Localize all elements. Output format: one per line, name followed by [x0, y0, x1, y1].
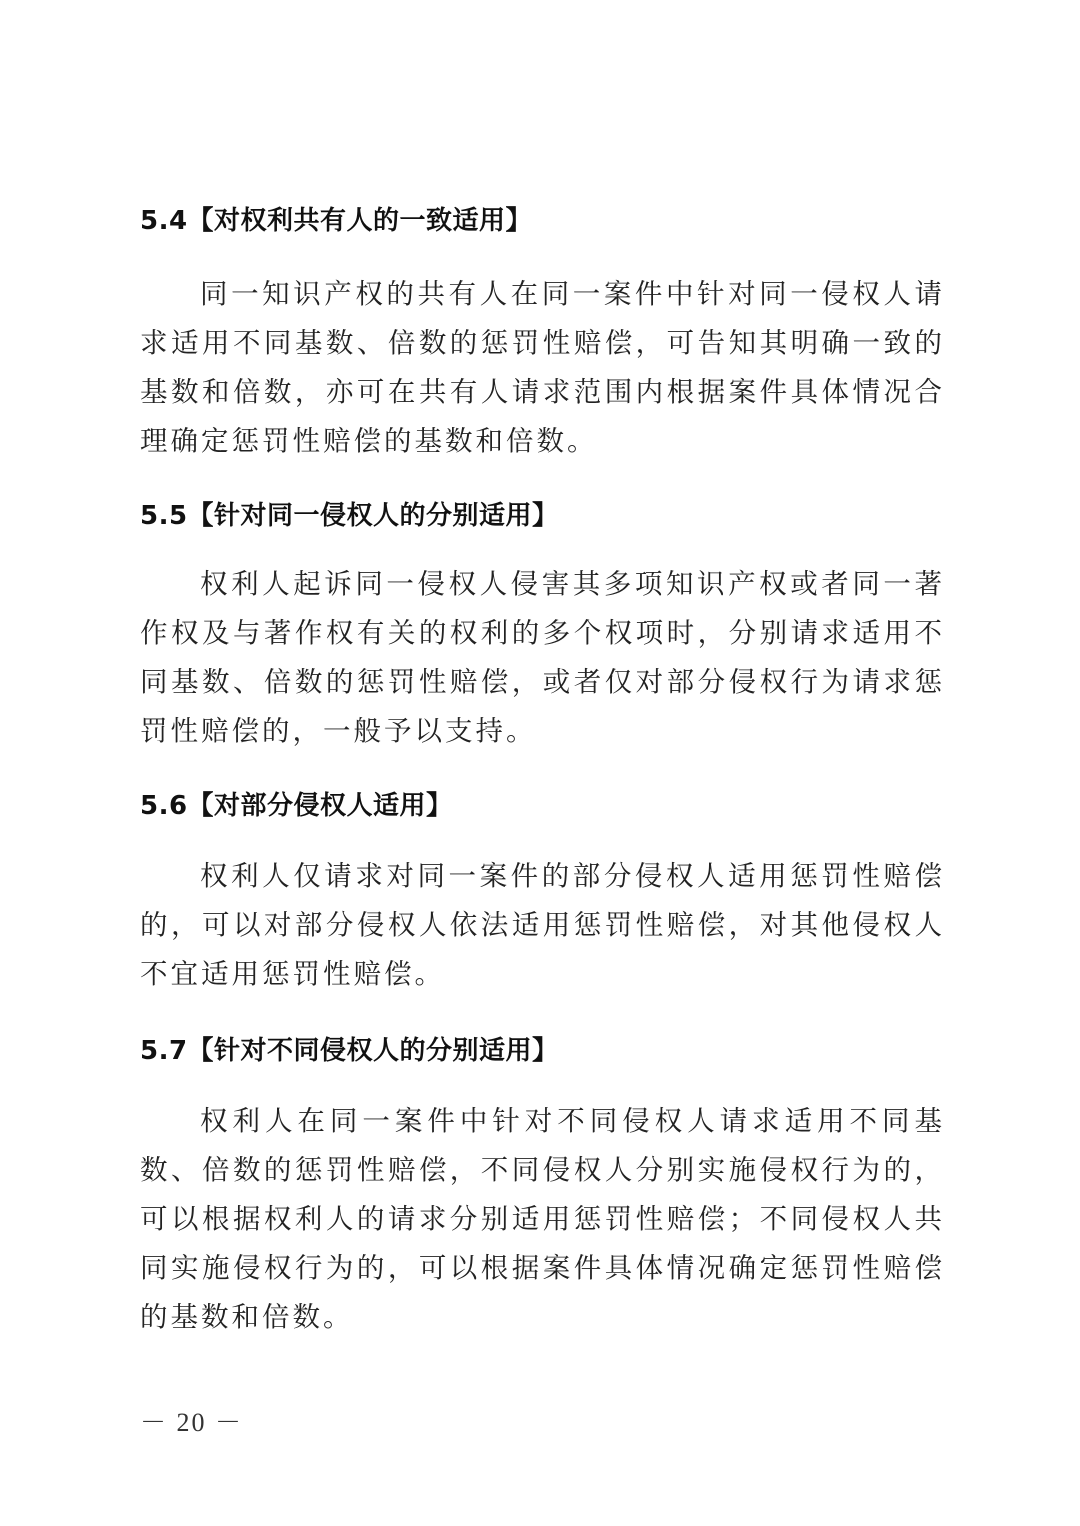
section-body-5-5: 权利人起诉同一侵权人侵害其多项知识产权或者同一著作权及与著作权有关的权利的多个权…	[140, 560, 945, 756]
section-heading-5-7: 5.7【针对不同侵权人的分别适用】	[140, 1030, 559, 1067]
section-heading-5-4: 5.4【对权利共有人的一致适用】	[140, 200, 532, 237]
section-heading-5-6: 5.6【对部分侵权人适用】	[140, 785, 453, 822]
section-body-5-4: 同一知识产权的共有人在同一案件中针对同一侵权人请求适用不同基数、倍数的惩罚性赔偿…	[140, 270, 945, 466]
document-page: 5.4【对权利共有人的一致适用】 同一知识产权的共有人在同一案件中针对同一侵权人…	[0, 0, 1080, 1526]
section-heading-5-5: 5.5【针对同一侵权人的分别适用】	[140, 495, 559, 532]
section-body-5-7: 权利人在同一案件中针对不同侵权人请求适用不同基数、倍数的惩罚性赔偿，不同侵权人分…	[140, 1097, 945, 1342]
page-number: － 20 －	[140, 1402, 243, 1439]
section-body-5-6: 权利人仅请求对同一案件的部分侵权人适用惩罚性赔偿的，可以对部分侵权人依法适用惩罚…	[140, 852, 945, 999]
